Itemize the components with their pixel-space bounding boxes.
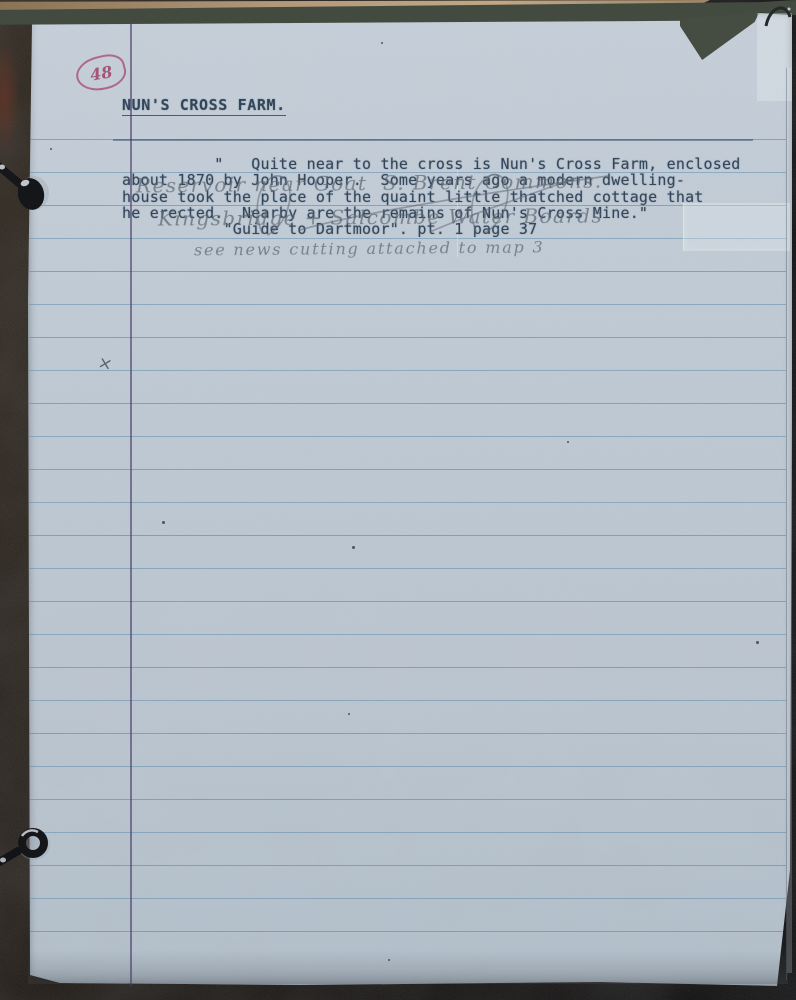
bottom-ring-fastener [0,830,50,864]
speck [162,521,165,524]
notebook-page-photo: NUN'S CROSS FARM. " Quite near to the cr… [0,0,796,1000]
speck [352,546,355,549]
speck [388,959,390,961]
speck [381,42,383,44]
speck [50,148,52,150]
top-right-wire-clip [766,8,791,27]
speck [756,641,759,644]
binder-rings [0,0,796,1000]
speck [567,441,569,443]
top-ring-fastener [0,164,49,213]
speck [348,713,350,715]
